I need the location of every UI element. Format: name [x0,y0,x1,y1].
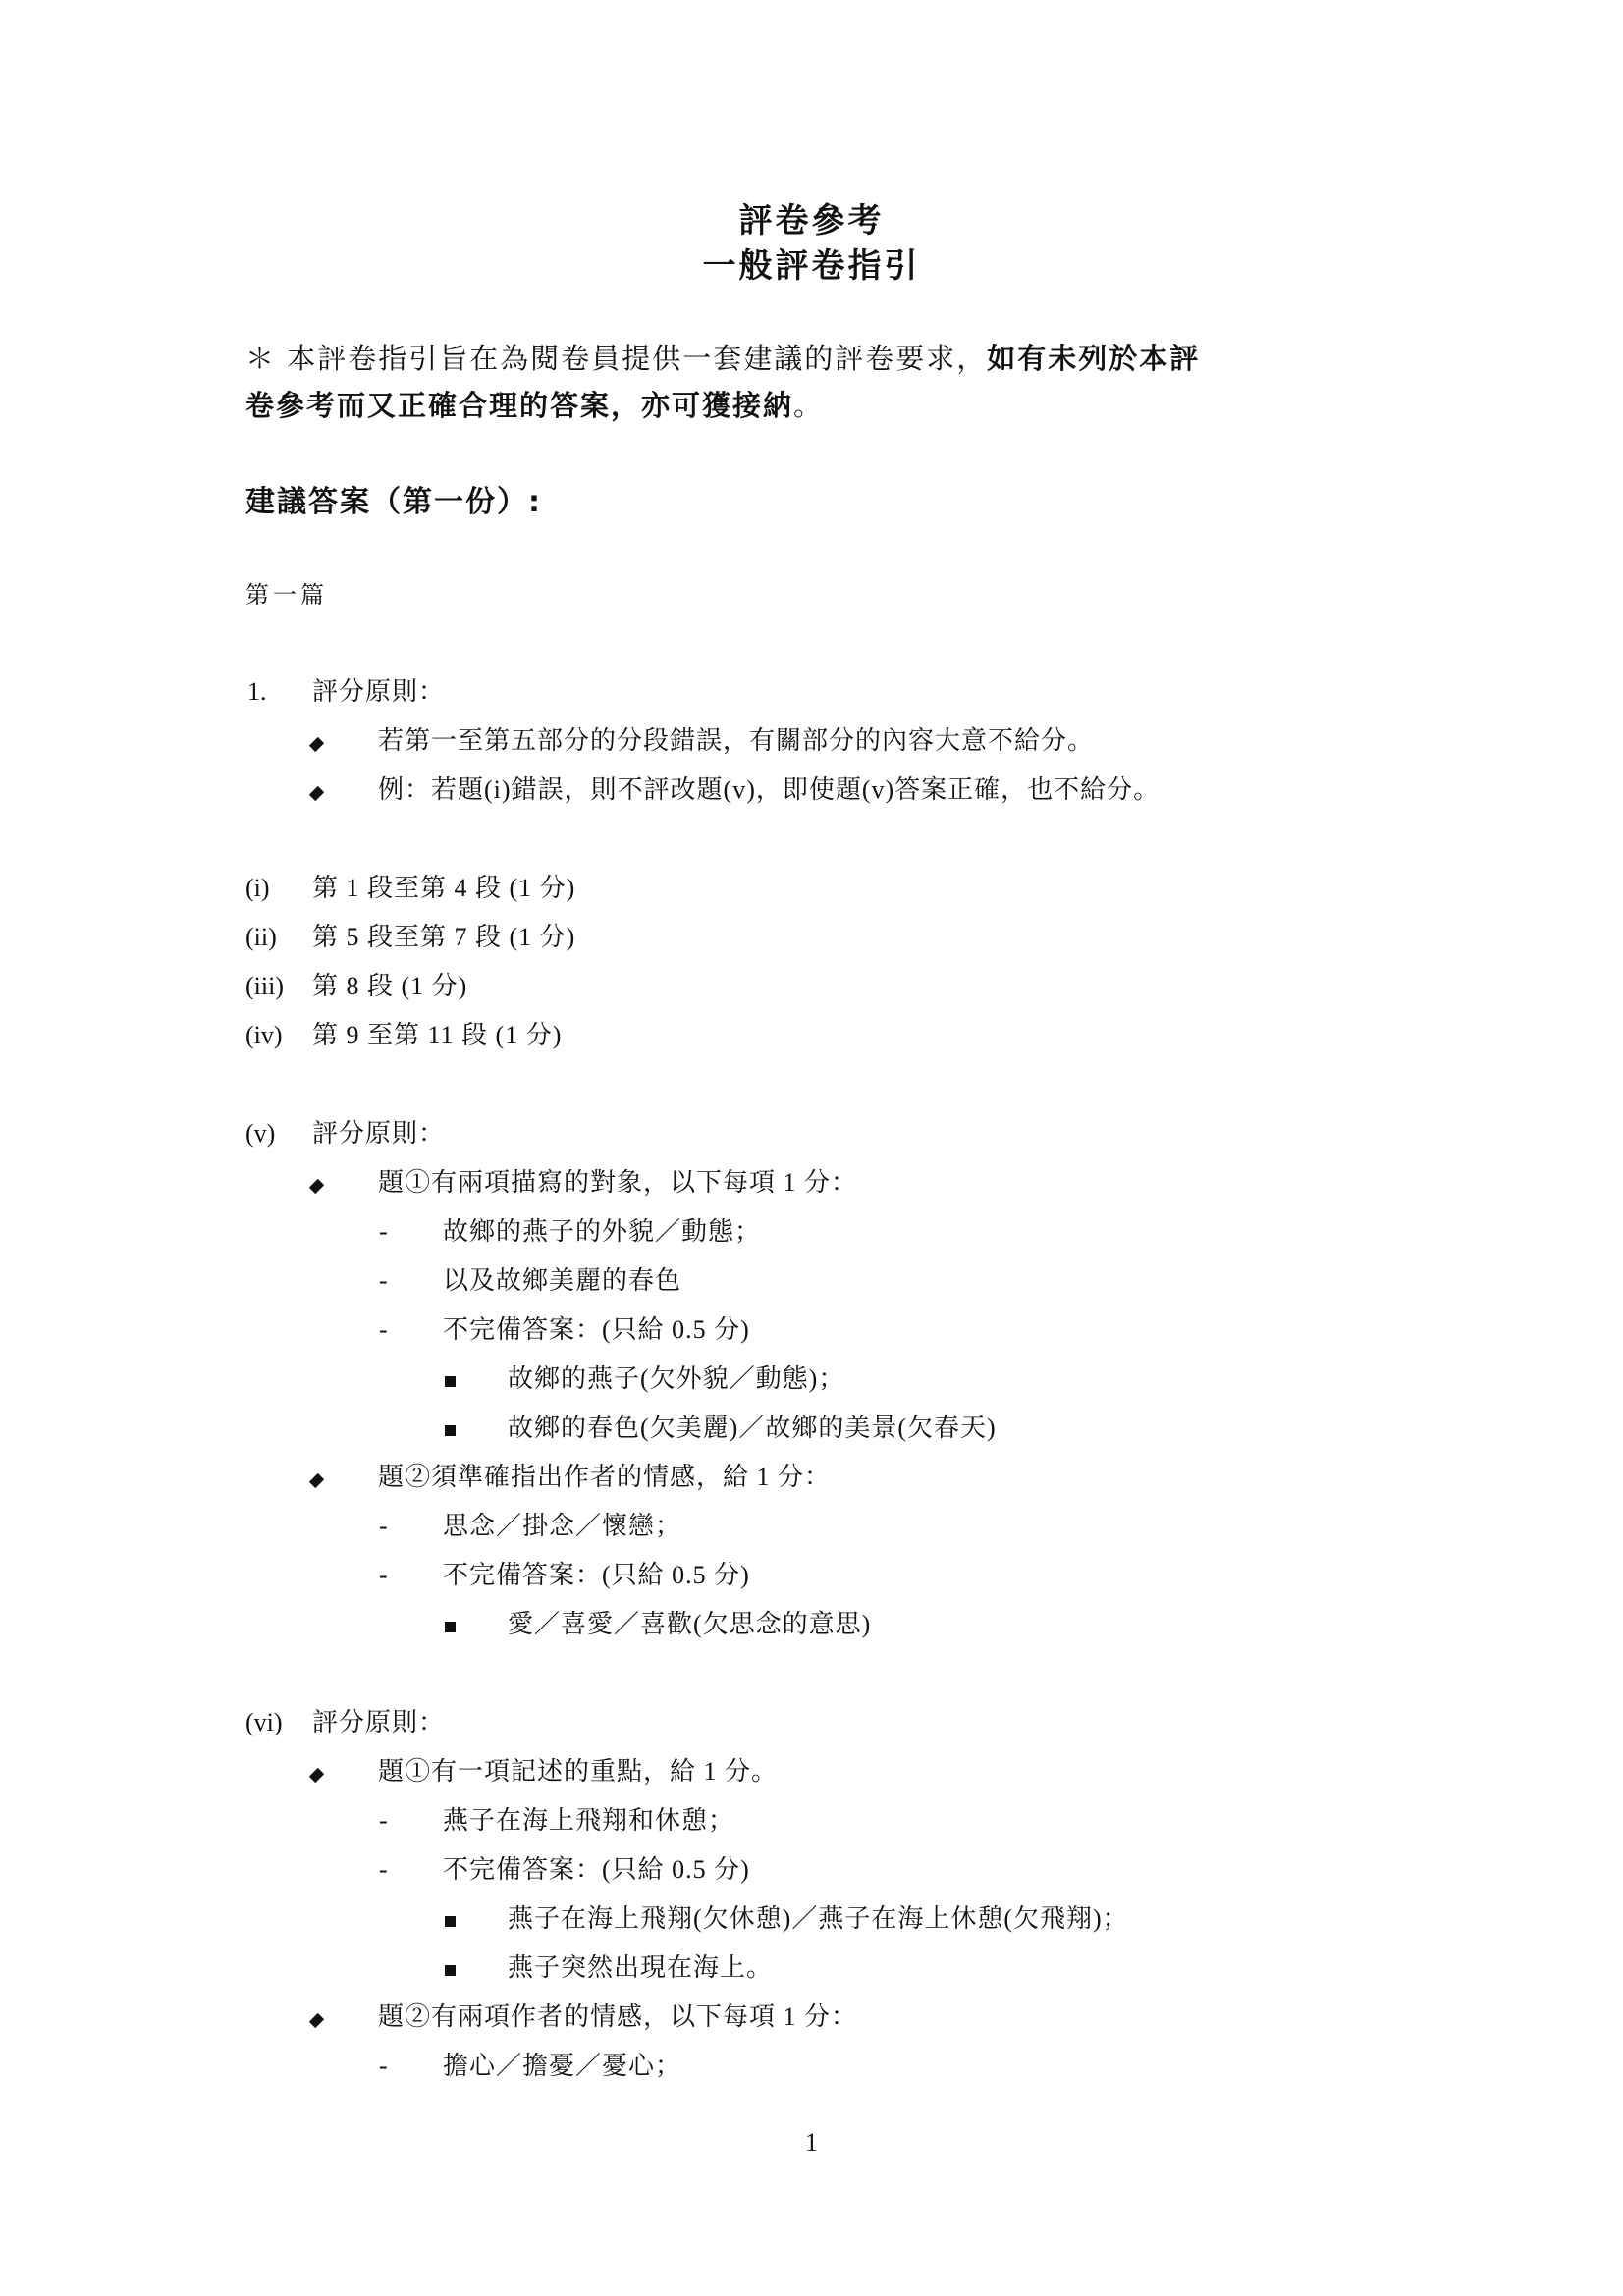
item-number: (iii) [245,967,284,1006]
item-text: 不完備答案：(只給 0.5 分) [443,1310,750,1350]
item-text: 評分原則： [312,1703,445,1742]
item-text: 第 8 段 (1 分) [312,967,467,1006]
section-label: 第一篇 [245,578,328,614]
item-text: 愛／喜愛／喜歡(欠思念的意思) [508,1605,871,1644]
item-text: 思念／掛念／懷戀； [443,1507,681,1546]
document-title: 評卷參考 [0,199,1623,242]
document-page: 評卷參考 一般評卷指引 ＊ 本評卷指引旨在為閱卷員提供一套建議的評卷要求，如有未… [0,0,1623,2296]
diamond-bullet-icon [312,1998,321,2037]
item-text: 題①有一項記述的重點，給 1 分。 [378,1752,778,1791]
square-bullet-icon [445,1409,456,1448]
note-asterisk: ＊ [245,342,276,375]
item-text: 例：若題(i)錯誤，則不評改題(v)，即使題(v)答案正確，也不給分。 [378,771,1160,810]
note-regular-text: 本評卷指引旨在為閱卷員提供一套建議的評卷要求， [287,342,987,375]
item-text: 評分原則： [312,1114,445,1153]
dash-bullet: - [379,1212,388,1252]
item-text: 不完備答案：(只給 0.5 分) [443,1556,750,1595]
item-number: (v) [245,1114,275,1153]
dash-bullet: - [379,1261,388,1301]
dash-bullet: - [379,2047,388,2086]
item-text: 第 5 段至第 7 段 (1 分) [312,918,575,957]
diamond-bullet-icon [312,1163,321,1202]
item-text: 故鄉的燕子(欠外貌／動態)； [508,1360,844,1399]
item-text: 故鄉的春色(欠美麗)／故鄉的美景(欠春天) [508,1409,997,1448]
item-text: 擔心／擔憂／憂心； [443,2047,681,2086]
item-text: 第 1 段至第 4 段 (1 分) [312,869,575,908]
note-bold-text-1: 如有未列於本評 [987,342,1200,375]
diamond-bullet-icon [312,721,321,761]
item-text: 評分原則： [312,672,445,712]
square-bullet-icon [445,1605,456,1644]
item-text: 故鄉的燕子的外貌／動態； [443,1212,761,1252]
item-text: 第 9 至第 11 段 (1 分) [312,1016,562,1055]
item-number: (i) [245,869,270,908]
item-number: (iv) [245,1016,283,1055]
diamond-bullet-icon [312,1752,321,1791]
suggested-answers-heading: 建議答案（第一份）: [245,481,542,524]
square-bullet-icon [445,1899,456,1939]
dash-bullet: - [379,1310,388,1350]
dash-bullet: - [379,1556,388,1595]
item-number: 1. [247,672,267,712]
item-text: 燕子在海上飛翔和休憩； [443,1801,734,1841]
item-text: 題②須準確指出作者的情感，給 1 分： [378,1458,831,1497]
document-subtitle: 一般評卷指引 [0,244,1623,288]
item-text: 若第一至第五部分的分段錯誤，有關部分的內容大意不給分。 [378,721,1094,761]
item-number: (vi) [245,1703,283,1742]
diamond-bullet-icon [312,771,321,810]
item-text: 不完備答案：(只給 0.5 分) [443,1850,750,1890]
page-number: 1 [0,2128,1623,2158]
item-text: 燕子在海上飛翔(欠休憩)／燕子在海上休憩(欠飛翔)； [508,1899,1129,1939]
item-text: 題②有兩項作者的情感，以下每項 1 分： [378,1998,857,2037]
dash-bullet: - [379,1801,388,1841]
note-bold-text-2: 卷參考而又正確合理的答案，亦可獲接納 [245,389,793,422]
note-end: 。 [793,389,824,422]
item-text: 燕子突然出現在海上。 [508,1949,773,1988]
square-bullet-icon [445,1949,456,1988]
item-number: (ii) [245,918,277,957]
square-bullet-icon [445,1360,456,1399]
diamond-bullet-icon [312,1458,321,1497]
marking-note: ＊ 本評卷指引旨在為閱卷員提供一套建議的評卷要求，如有未列於本評 卷參考而又正確… [245,335,1384,429]
item-text: 題①有兩項描寫的對象，以下每項 1 分： [378,1163,857,1202]
dash-bullet: - [379,1507,388,1546]
dash-bullet: - [379,1850,388,1890]
item-text: 以及故鄉美麗的春色 [443,1261,681,1301]
